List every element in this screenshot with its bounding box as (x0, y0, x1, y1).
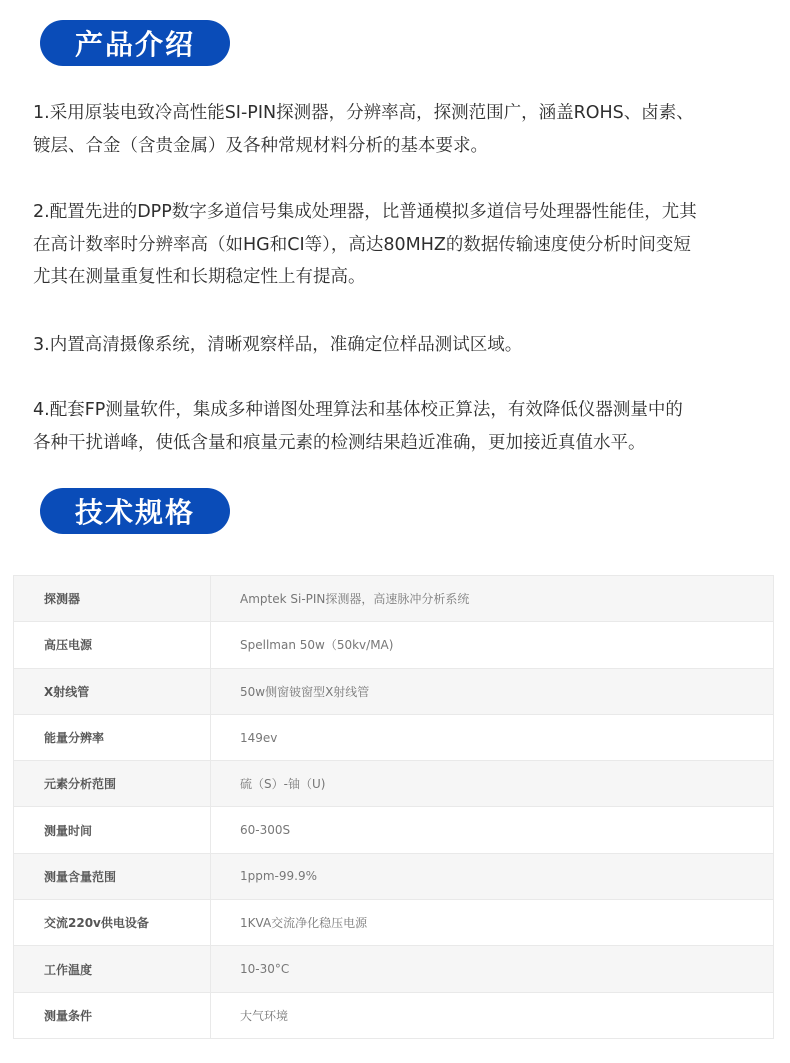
spec-key: 能量分辨率 (14, 714, 211, 760)
spec-key: X射线管 (14, 668, 211, 714)
spec-value: 60-300S (211, 807, 774, 853)
spec-table: 探测器Amptek Si-PIN探测器，高速脉冲分析系统 高压电源Spellma… (13, 575, 774, 1039)
spec-key: 测量时间 (14, 807, 211, 853)
table-row: X射线管50w侧窗铍窗型X射线管 (14, 668, 774, 714)
table-row: 元素分析范围硫（S）-铀（U) (14, 761, 774, 807)
spec-key: 探测器 (14, 576, 211, 622)
table-row: 测量时间60-300S (14, 807, 774, 853)
paragraph-line: 镀层、合金（含贵金属）及各种常规材料分析的基本要求。 (33, 130, 773, 163)
spec-key: 测量含量范围 (14, 853, 211, 899)
spec-value: 硫（S）-铀（U) (211, 761, 774, 807)
spec-value: 149ev (211, 714, 774, 760)
paragraph-line: 在高计数率时分辨率高（如HG和CI等），高达80MHZ的数据传输速度使分析时间变… (33, 229, 773, 262)
paragraph-line: 各种干扰谱峰，使低含量和痕量元素的检测结果趋近准确，更加接近真值水平。 (33, 427, 773, 460)
spec-value: 1KVA交流净化稳压电源 (211, 900, 774, 946)
paragraph-line: 2.配置先进的DPP数字多道信号集成处理器，比普通模拟多道信号处理器性能佳，尤其 (33, 196, 773, 229)
table-row: 工作温度10-30°C (14, 946, 774, 992)
paragraph-line: 尤其在测量重复性和长期稳定性上有提高。 (33, 261, 773, 294)
spec-key: 交流220v供电设备 (14, 900, 211, 946)
paragraph-line: 3.内置高清摄像系统，清晰观察样品，准确定位样品测试区域。 (33, 329, 773, 362)
spec-key: 元素分析范围 (14, 761, 211, 807)
spec-value: 50w侧窗铍窗型X射线管 (211, 668, 774, 714)
spec-value: 1ppm-99.9% (211, 853, 774, 899)
spec-value: Spellman 50w（50kv/MA) (211, 622, 774, 668)
table-row: 探测器Amptek Si-PIN探测器，高速脉冲分析系统 (14, 576, 774, 622)
table-row: 测量含量范围1ppm-99.9% (14, 853, 774, 899)
section-heading-product-intro: 产品介绍 (40, 20, 230, 66)
spec-value: 10-30°C (211, 946, 774, 992)
table-row: 测量条件大气环境 (14, 992, 774, 1038)
table-row: 能量分辨率149ev (14, 714, 774, 760)
spec-key: 高压电源 (14, 622, 211, 668)
paragraph-line: 4.配套FP测量软件，集成多种谱图处理算法和基体校正算法，有效降低仪器测量中的 (33, 394, 773, 427)
section-heading-tech-specs: 技术规格 (40, 488, 230, 534)
spec-value: 大气环境 (211, 992, 774, 1038)
table-row: 高压电源Spellman 50w（50kv/MA) (14, 622, 774, 668)
spec-key: 工作温度 (14, 946, 211, 992)
spec-key: 测量条件 (14, 992, 211, 1038)
paragraph-line: 1.采用原装电致冷高性能SI-PIN探测器，分辨率高，探测范围广，涵盖ROHS、… (33, 97, 773, 130)
table-row: 交流220v供电设备1KVA交流净化稳压电源 (14, 900, 774, 946)
spec-value: Amptek Si-PIN探测器，高速脉冲分析系统 (211, 576, 774, 622)
